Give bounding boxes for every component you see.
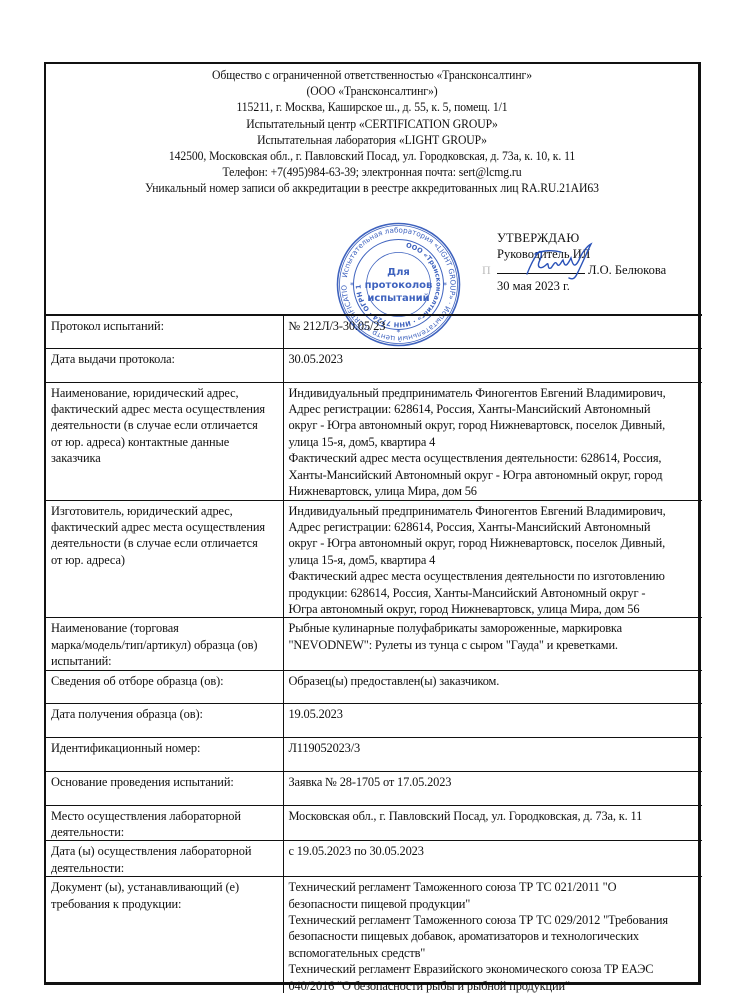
label-line: от юр. адреса) контактные данные [51,434,278,450]
value-line: улица 15-я, дом5, квартира 4 [289,552,698,568]
row-value: Индивидуальный предприниматель Финогенто… [283,500,702,618]
label-line: Дата (ы) осуществления лабораторной [51,843,278,859]
org-name: Общество с ограниченной ответственностью… [69,67,675,83]
row-value: Заявка № 28-1705 от 17.05.2023 [283,771,702,805]
svg-text:испытаний: испытаний [367,293,429,304]
row-label: Идентификационный номер: [44,737,283,771]
label-line: требования к продукции: [51,896,278,912]
value-line: 30.05.2023 [289,351,698,367]
approval-title: УТВЕРЖДАЮ [497,230,707,246]
label-line: марка/модель/тип/артикул) образца (ов) [51,637,278,653]
approval-date: 30 мая 2023 г. [497,278,707,294]
row-value: Московская обл., г. Павловский Посад, ул… [283,805,702,841]
row-value: Технический регламент Таможенного союза … [283,877,702,993]
accreditation-number: Уникальный номер записи об аккредитации … [69,180,675,196]
row-label: Наименование (торговаямарка/модель/тип/а… [44,618,283,670]
row-label: Дата (ы) осуществления лабораторнойдеяте… [44,841,283,877]
label-line: испытаний: [51,653,278,669]
value-line: Ханты-Мансийский Автономный округ - Югра… [289,467,698,483]
value-line: Образец(ы) предоставлен(ы) заказчиком. [289,673,698,689]
row-label: Сведения об отборе образца (ов): [44,670,283,703]
label-line: фактический адрес места осуществления [51,401,278,417]
value-line: Технический регламент Таможенного союза … [289,879,698,895]
value-line: округ - Югра автономный округ, город Ниж… [289,417,698,433]
label-line: Изготовитель, юридический адрес, [51,503,278,519]
row-label: Дата получения образца (ов): [44,703,283,737]
value-line: 19.05.2023 [289,706,698,722]
row-value: 30.05.2023 [283,348,702,382]
table-row: Идентификационный номер:Л119052023/3 [44,737,702,771]
table-row: Дата выдачи протокола:30.05.2023 [44,348,702,382]
approver-name: Л.О. Белюкова [588,263,666,277]
value-line: Заявка № 28-1705 от 17.05.2023 [289,774,698,790]
table-row: Дата получения образца (ов):19.05.2023 [44,703,702,737]
svg-text:Для: Для [387,267,410,278]
label-line: заказчика [51,450,278,466]
row-label: Протокол испытаний: [44,315,283,348]
value-line: с 19.05.2023 по 30.05.2023 [289,843,698,859]
label-line: Протокол испытаний: [51,318,278,334]
row-value: Образец(ы) предоставлен(ы) заказчиком. [283,670,702,703]
table-row: Основание проведения испытаний:Заявка № … [44,771,702,805]
value-line: Индивидуальный предприниматель Финогенто… [289,503,698,519]
value-line: Московская обл., г. Павловский Посад, ул… [289,808,698,824]
table-row: Изготовитель, юридический адрес,фактичес… [44,500,702,618]
value-line: № 212Л/3-30.05/23 [289,318,698,334]
svg-text:ООО «Трансконсалтинг» · ИНН 77: ООО «Трансконсалтинг» · ИНН 7724 · ОГРН … [335,221,443,329]
approval-block: УТВЕРЖДАЮ Руководитель ИЛ Л.О. Белюкова … [497,230,707,294]
label-line: Основание проведения испытаний: [51,774,278,790]
signature-line: Л.О. Белюкова [497,262,707,278]
laboratory-name: Испытательная лаборатория «LIGHT GROUP» [69,132,675,148]
table-row: Наименование (торговаямарка/модель/тип/а… [44,618,702,670]
value-line: округ - Югра автономный округ, город Ниж… [289,535,698,551]
table-row: Место осуществления лабораторнойдеятельн… [44,805,702,841]
label-line: Наименование, юридический адрес, [51,385,278,401]
label-line: деятельности (в случае если отличается [51,417,278,433]
row-value: с 19.05.2023 по 30.05.2023 [283,841,702,877]
row-value: 19.05.2023 [283,703,702,737]
organization-header: Общество с ограниченной ответственностью… [46,64,698,197]
label-line: Место осуществления лабораторной [51,808,278,824]
value-line: Технический регламент Таможенного союза … [289,912,698,928]
row-label: Дата выдачи протокола: [44,348,283,382]
laboratory-address: 142500, Московская обл., г. Павловский П… [69,148,675,164]
row-label: Документ (ы), устанавливающий (е)требова… [44,877,283,993]
row-value: Л119052023/3 [283,737,702,771]
value-line: Технический регламент Евразийского эконо… [289,961,698,977]
value-line: Л119052023/3 [289,740,698,756]
row-value: Индивидуальный предприниматель Финогенто… [283,382,702,500]
value-line: Адрес регистрации: 628614, Россия, Ханты… [289,401,698,417]
test-center-name: Испытательный центр «CERTIFICATION GROUP… [69,116,675,132]
value-line: Югра автономный округ, город Нижневартов… [289,601,698,617]
row-label: Основание проведения испытаний: [44,771,283,805]
row-label: Изготовитель, юридический адрес,фактичес… [44,500,283,618]
label-line: Дата выдачи протокола: [51,351,278,367]
svg-text:*: * [350,281,354,290]
label-line: Дата получения образца (ов): [51,706,278,722]
row-label: Наименование, юридический адрес,фактичес… [44,382,283,500]
label-line: Наименование (торговая [51,620,278,636]
value-line: вспомогательных средств" [289,945,698,961]
row-value: № 212Л/3-30.05/23 [283,315,702,348]
value-line: безопасности пищевых добавок, ароматизат… [289,928,698,944]
label-line: Документ (ы), устанавливающий (е) [51,879,278,895]
svg-text:протоколов: протоколов [365,280,433,291]
value-line: безопасности пищевой продукции" [289,896,698,912]
value-line: Фактический адрес места осуществления де… [289,568,698,584]
label-line: деятельности (в случае если отличается [51,535,278,551]
row-label: Место осуществления лабораторнойдеятельн… [44,805,283,841]
svg-text:*: * [443,281,447,290]
value-line: Индивидуальный предприниматель Финогенто… [289,385,698,401]
document-frame: Общество с ограниченной ответственностью… [44,62,701,985]
org-address: 115211, г. Москва, Каширское ш., д. 55, … [69,99,675,115]
approver-position: Руководитель ИЛ [497,246,707,262]
faded-background-text: П [482,263,491,278]
value-line: продукции: 628614, Россия, Ханты-Мансийс… [289,585,698,601]
value-line: "NEVODNEW": Рулеты из тунца с сыром "Гау… [289,637,698,653]
row-value: Рыбные кулинарные полуфабрикаты замороже… [283,618,702,670]
table-row: Документ (ы), устанавливающий (е)требова… [44,877,702,993]
value-line: Адрес регистрации: 628614, Россия, Ханты… [289,519,698,535]
table-row: Наименование, юридический адрес,фактичес… [44,382,702,500]
label-line: Сведения об отборе образца (ов): [51,673,278,689]
label-line: деятельности: [51,860,278,876]
value-line: Фактический адрес места осуществления де… [289,450,698,466]
value-line: Нижневартовск, улица Мира, дом 56 [289,483,698,499]
value-line: улица 15-я, дом5, квартира 4 [289,434,698,450]
label-line: деятельности: [51,824,278,840]
table-row: Протокол испытаний:№ 212Л/3-30.05/23 [44,315,702,348]
contact-info: Телефон: +7(495)984-63-39; электронная п… [69,164,675,180]
value-line: Рыбные кулинарные полуфабрикаты замороже… [289,620,698,636]
label-line: Идентификационный номер: [51,740,278,756]
label-line: от юр. адреса) [51,552,278,568]
table-row: Дата (ы) осуществления лабораторнойдеяте… [44,841,702,877]
signature-underline [497,262,585,274]
protocol-details-table: Протокол испытаний:№ 212Л/3-30.05/23Дата… [44,314,702,993]
value-line: 040/2016 "О безопасности рыбы и рыбной п… [289,978,698,993]
label-line: фактический адрес места осуществления [51,519,278,535]
org-short-name: (ООО «Трансконсалтинг») [69,83,675,99]
table-row: Сведения об отборе образца (ов):Образец(… [44,670,702,703]
